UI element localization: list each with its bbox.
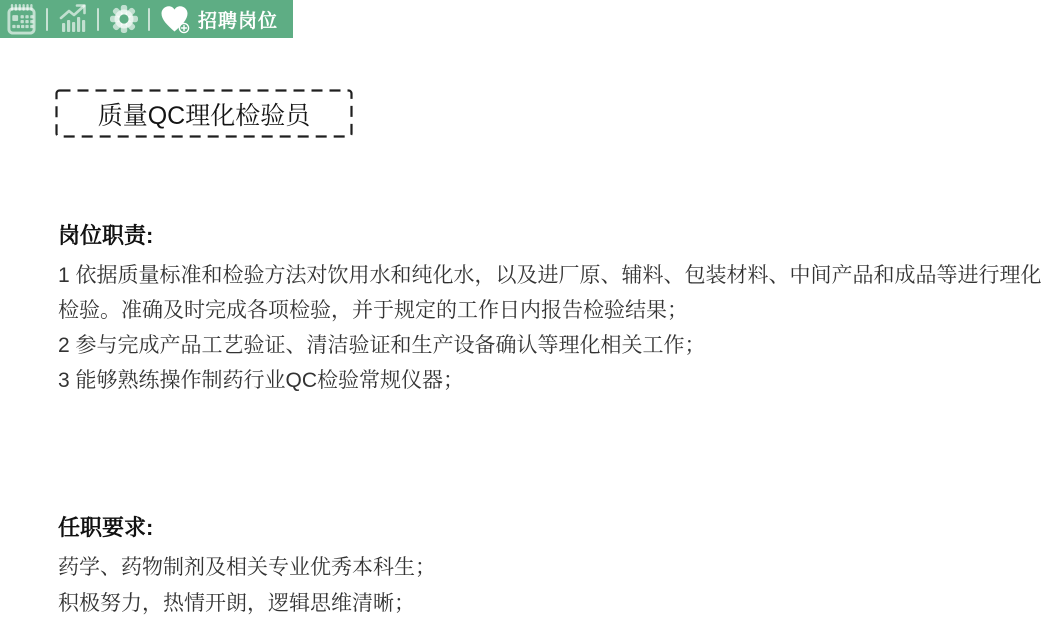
trend-chart-icon (57, 3, 89, 35)
toolbar-active-label: 招聘岗位 (198, 6, 278, 33)
job-title-box[interactable]: 质量QC理化检验员 (55, 89, 353, 138)
gear-icon (108, 3, 140, 35)
toolbar-divider (46, 8, 48, 31)
requirements-heading: 任职要求: (58, 513, 1052, 543)
requirement-item: 药学、药物制剂及相关专业优秀本科生； (58, 550, 1052, 586)
responsibilities-heading: 岗位职责: (58, 221, 1052, 251)
responsibilities-section: 岗位职责: 1 依据质量标准和检验方法对饮用水和纯化水，以及进厂原、辅料、包装材… (58, 221, 1052, 398)
toolbar-divider (148, 8, 150, 31)
calendar-icon (6, 3, 37, 36)
job-title: 质量QC理化检验员 (98, 96, 311, 132)
job-posting-page: 招聘岗位 质量QC理化检验员 岗位职责: 1 依据质量标准和检验方法对饮用水和纯… (0, 0, 1056, 642)
toolbar: 招聘岗位 (0, 0, 293, 38)
stats-button[interactable] (56, 3, 89, 36)
recruitment-button[interactable] (158, 3, 191, 36)
requirement-item: 积极努力，热情开朗，逻辑思维清晰； (58, 586, 1052, 622)
responsibility-item: 1 依据质量标准和检验方法对饮用水和纯化水，以及进厂原、辅料、包装材料、中间产品… (58, 258, 1052, 328)
responsibility-item: 3 能够熟练操作制药行业QC检验常规仪器； (58, 363, 1052, 398)
toolbar-divider (97, 8, 99, 31)
heart-plus-icon (158, 3, 192, 35)
responsibility-item: 2 参与完成产品工艺验证、清洁验证和生产设备确认等理化相关工作； (58, 328, 1052, 363)
settings-button[interactable] (107, 3, 140, 36)
requirements-section: 任职要求: 药学、药物制剂及相关专业优秀本科生； 积极努力，热情开朗，逻辑思维清… (58, 513, 1052, 622)
calendar-button[interactable] (5, 3, 38, 36)
